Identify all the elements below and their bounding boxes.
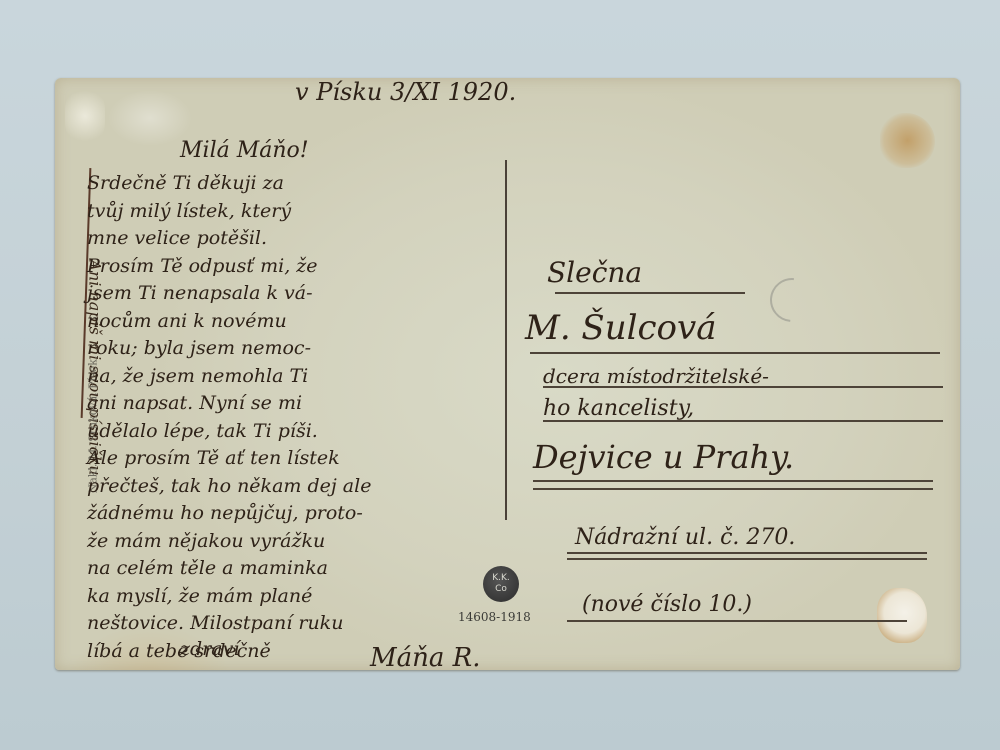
- address-rule: [533, 488, 933, 490]
- message-line: na, že jsem nemohla Ti: [87, 363, 507, 391]
- address-salutation: Slečna: [547, 256, 642, 289]
- stain-mark: [880, 113, 935, 168]
- vertical-divider: [505, 160, 507, 520]
- message-line: žádnému ho nepůjčuj, proto-: [87, 500, 507, 528]
- place-date: v Písku 3/XI 1920.: [295, 78, 516, 106]
- postcard: v Písku 3/XI 1920. Milá Máňo! Ani napiš …: [55, 78, 960, 670]
- signature: Máňa R.: [370, 643, 480, 673]
- message-line: Srdečně Ti děkuji za: [87, 170, 507, 198]
- address-rule: [543, 386, 943, 388]
- address-rule: [555, 292, 745, 294]
- address-name: M. Šulcová: [525, 308, 716, 348]
- message-line: přečteš, tak ho někam dej ale: [87, 473, 507, 501]
- address-rule: [567, 552, 927, 554]
- address-city: Dejvice u Prahy.: [533, 438, 794, 476]
- torn-patch: [877, 588, 927, 643]
- message-line: ani napsat. Nyní se mi: [87, 390, 507, 418]
- message-line: ka myslí, že mám plané: [87, 583, 507, 611]
- message-line: jsem Ti nenapsala k vá-: [87, 280, 507, 308]
- address-rule: [567, 620, 907, 622]
- message-line: Prosím Tě odpusť mi, že: [87, 253, 507, 281]
- message-line: tvůj milý lístek, který: [87, 198, 507, 226]
- message-line: nocům ani k novému: [87, 308, 507, 336]
- message-line: Ale prosím Tě ať ten lístek: [87, 445, 507, 473]
- address-note: (nové číslo 10.): [582, 592, 752, 617]
- faint-postmark: [761, 269, 823, 331]
- address-rule: [530, 352, 940, 354]
- worn-corner: [65, 86, 105, 146]
- closing: zdraví: [180, 638, 239, 660]
- message-line: roku; byla jsem nemoc-: [87, 335, 507, 363]
- publisher-logo-icon: K.K. Co: [483, 566, 519, 602]
- message-line: udělalo lépe, tak Ti píši.: [87, 418, 507, 446]
- address-rule: [567, 558, 927, 560]
- message-body: Srdečně Ti děkuji za tvůj milý lístek, k…: [87, 170, 507, 665]
- message-line: neštovice. Milostpaní ruku: [87, 610, 507, 638]
- logo-line: K.K.: [492, 573, 510, 584]
- message-line: na celém těle a maminka: [87, 555, 507, 583]
- greeting: Milá Máňo!: [180, 138, 309, 163]
- address-rule: [543, 420, 943, 422]
- address-street: Nádražní ul. č. 270.: [575, 525, 795, 550]
- address-rule: [533, 480, 933, 482]
- logo-line: Co: [495, 584, 507, 595]
- message-line: že mám nějakou vyrážku: [87, 528, 507, 556]
- address-line1: dcera místodržitelské-: [543, 364, 769, 388]
- message-line: mne velice potěšil.: [87, 225, 507, 253]
- serial-number: 14608-1918: [458, 610, 531, 624]
- address-line2: ho kancelisty,: [543, 396, 694, 421]
